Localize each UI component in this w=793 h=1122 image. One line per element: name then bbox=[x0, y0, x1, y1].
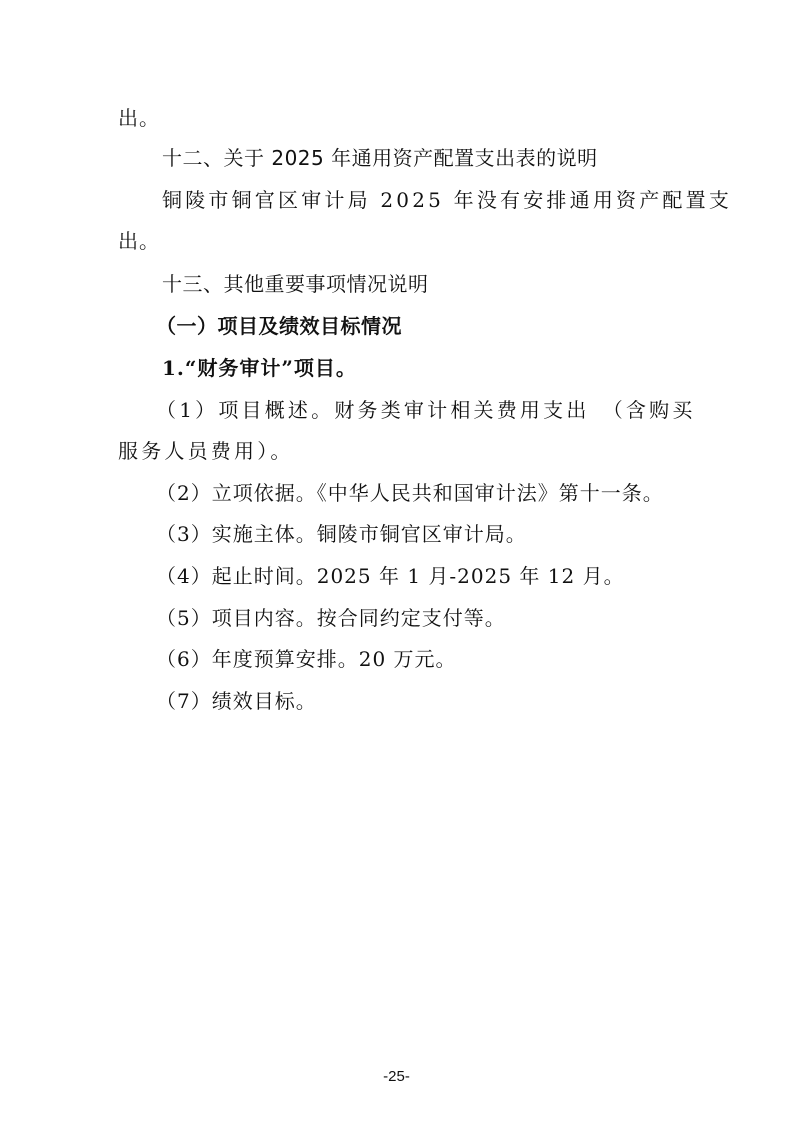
list-item-6: （6）年度预算安排。20 万元。 bbox=[156, 647, 716, 671]
section-heading-13: 十三、其他重要事项情况说明 bbox=[162, 272, 722, 296]
body-paragraph: 铜陵市铜官区审计局 2025 年没有安排通用资产配置支 bbox=[162, 188, 722, 212]
subsection-heading: （一）项目及绩效目标情况 bbox=[156, 314, 716, 338]
body-continuation: 出。 bbox=[118, 229, 678, 253]
page-number: -25- bbox=[0, 1068, 793, 1085]
list-item-7: （7）绩效目标。 bbox=[156, 689, 716, 713]
list-item-1: （1）项目概述。财务类审计相关费用支出 （含购买 bbox=[156, 398, 716, 422]
document-page: 出。 十二、关于 2025 年通用资产配置支出表的说明 铜陵市铜官区审计局 20… bbox=[0, 0, 793, 1122]
section-heading-12: 十二、关于 2025 年通用资产配置支出表的说明 bbox=[162, 146, 722, 170]
list-item-2: （2）立项依据。《中华人民共和国审计法》第十一条。 bbox=[156, 481, 716, 505]
list-item-4: （4）起止时间。2025 年 1 月-2025 年 12 月。 bbox=[156, 564, 716, 588]
body-continuation: 出。 bbox=[118, 106, 678, 130]
list-item-5: （5）项目内容。按合同约定支付等。 bbox=[156, 606, 716, 630]
list-item-3: （3）实施主体。铜陵市铜官区审计局。 bbox=[156, 522, 716, 546]
item-heading: 1.“财务审计”项目。 bbox=[162, 356, 722, 380]
list-item-1-continuation: 服务人员费用）。 bbox=[118, 439, 678, 463]
